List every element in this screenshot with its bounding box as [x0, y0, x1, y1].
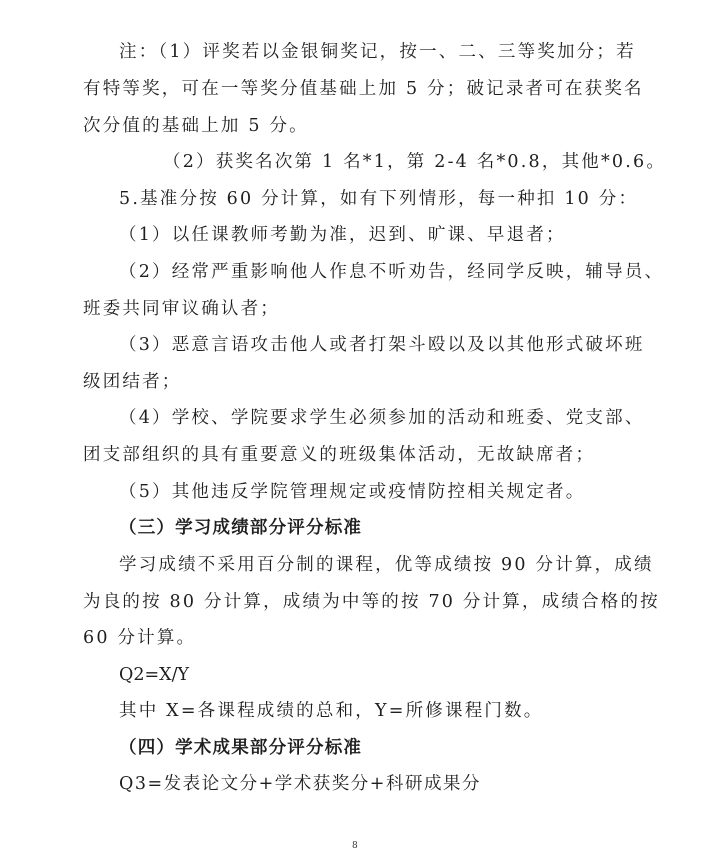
text-line-9: （3）恶意言语攻击他人或者打架斗殴以及以其他形式破坏班: [119, 333, 645, 357]
text-line-12: 团支部组织的具有重要意义的班级集体活动，无故缺席者；: [83, 443, 595, 467]
text-line-16: 为良的按 80 分计算，成绩为中等的按 70 分计算，成绩合格的按: [83, 590, 660, 614]
text-line-3: 次分值的基础上加 5 分。: [83, 114, 309, 138]
text-line-6: （1）以任课教师考勤为准，迟到、旷课、早退者；: [119, 223, 566, 247]
text-line-17: 60 分计算。: [83, 626, 196, 650]
section-heading-3: （三）学习成绩部分评分标准: [119, 516, 362, 540]
text-line-15: 学习成绩不采用百分制的课程，优等成绩按 90 分计算，成绩: [119, 553, 654, 577]
text-line-4: （2）获奖名次第 1 名*1，第 2-4 名*0.8，其他*0.6。: [163, 150, 666, 174]
text-line-1: 注：（1）评奖若以金银铜奖记，按一、二、三等奖加分；若: [119, 40, 636, 64]
text-line-10: 级团结者；: [83, 370, 182, 394]
formula-q3: Q3=发表论文分+学术获奖分+科研成果分: [119, 772, 481, 796]
page-number: 8: [352, 840, 358, 852]
section-heading-4: （四）学术成果部分评分标准: [119, 736, 362, 760]
text-line-7: （2）经常严重影响他人作息不听劝告，经同学反映，辅导员、: [119, 260, 664, 284]
text-line-5: 5.基准分按 60 分计算，如有下列情形，每一种扣 10 分：: [119, 187, 638, 211]
text-line-11: （4）学校、学院要求学生必须参加的活动和班委、党支部、: [119, 406, 645, 430]
text-line-8: 班委共同审议确认者；: [83, 297, 280, 321]
text-line-19: 其中 X=各课程成绩的总和，Y=所修课程门数。: [119, 699, 544, 723]
text-line-2: 有特等奖，可在一等奖分值基础上加 5 分；破记录者可在获奖名: [83, 77, 644, 101]
text-line-13: （5）其他违反学院管理规定或疫情防控相关规定者。: [119, 480, 585, 504]
document-page: 注：（1）评奖若以金银铜奖记，按一、二、三等奖加分；若 有特等奖，可在一等奖分值…: [0, 0, 710, 860]
formula-q2: Q2=X/Y: [119, 663, 189, 687]
